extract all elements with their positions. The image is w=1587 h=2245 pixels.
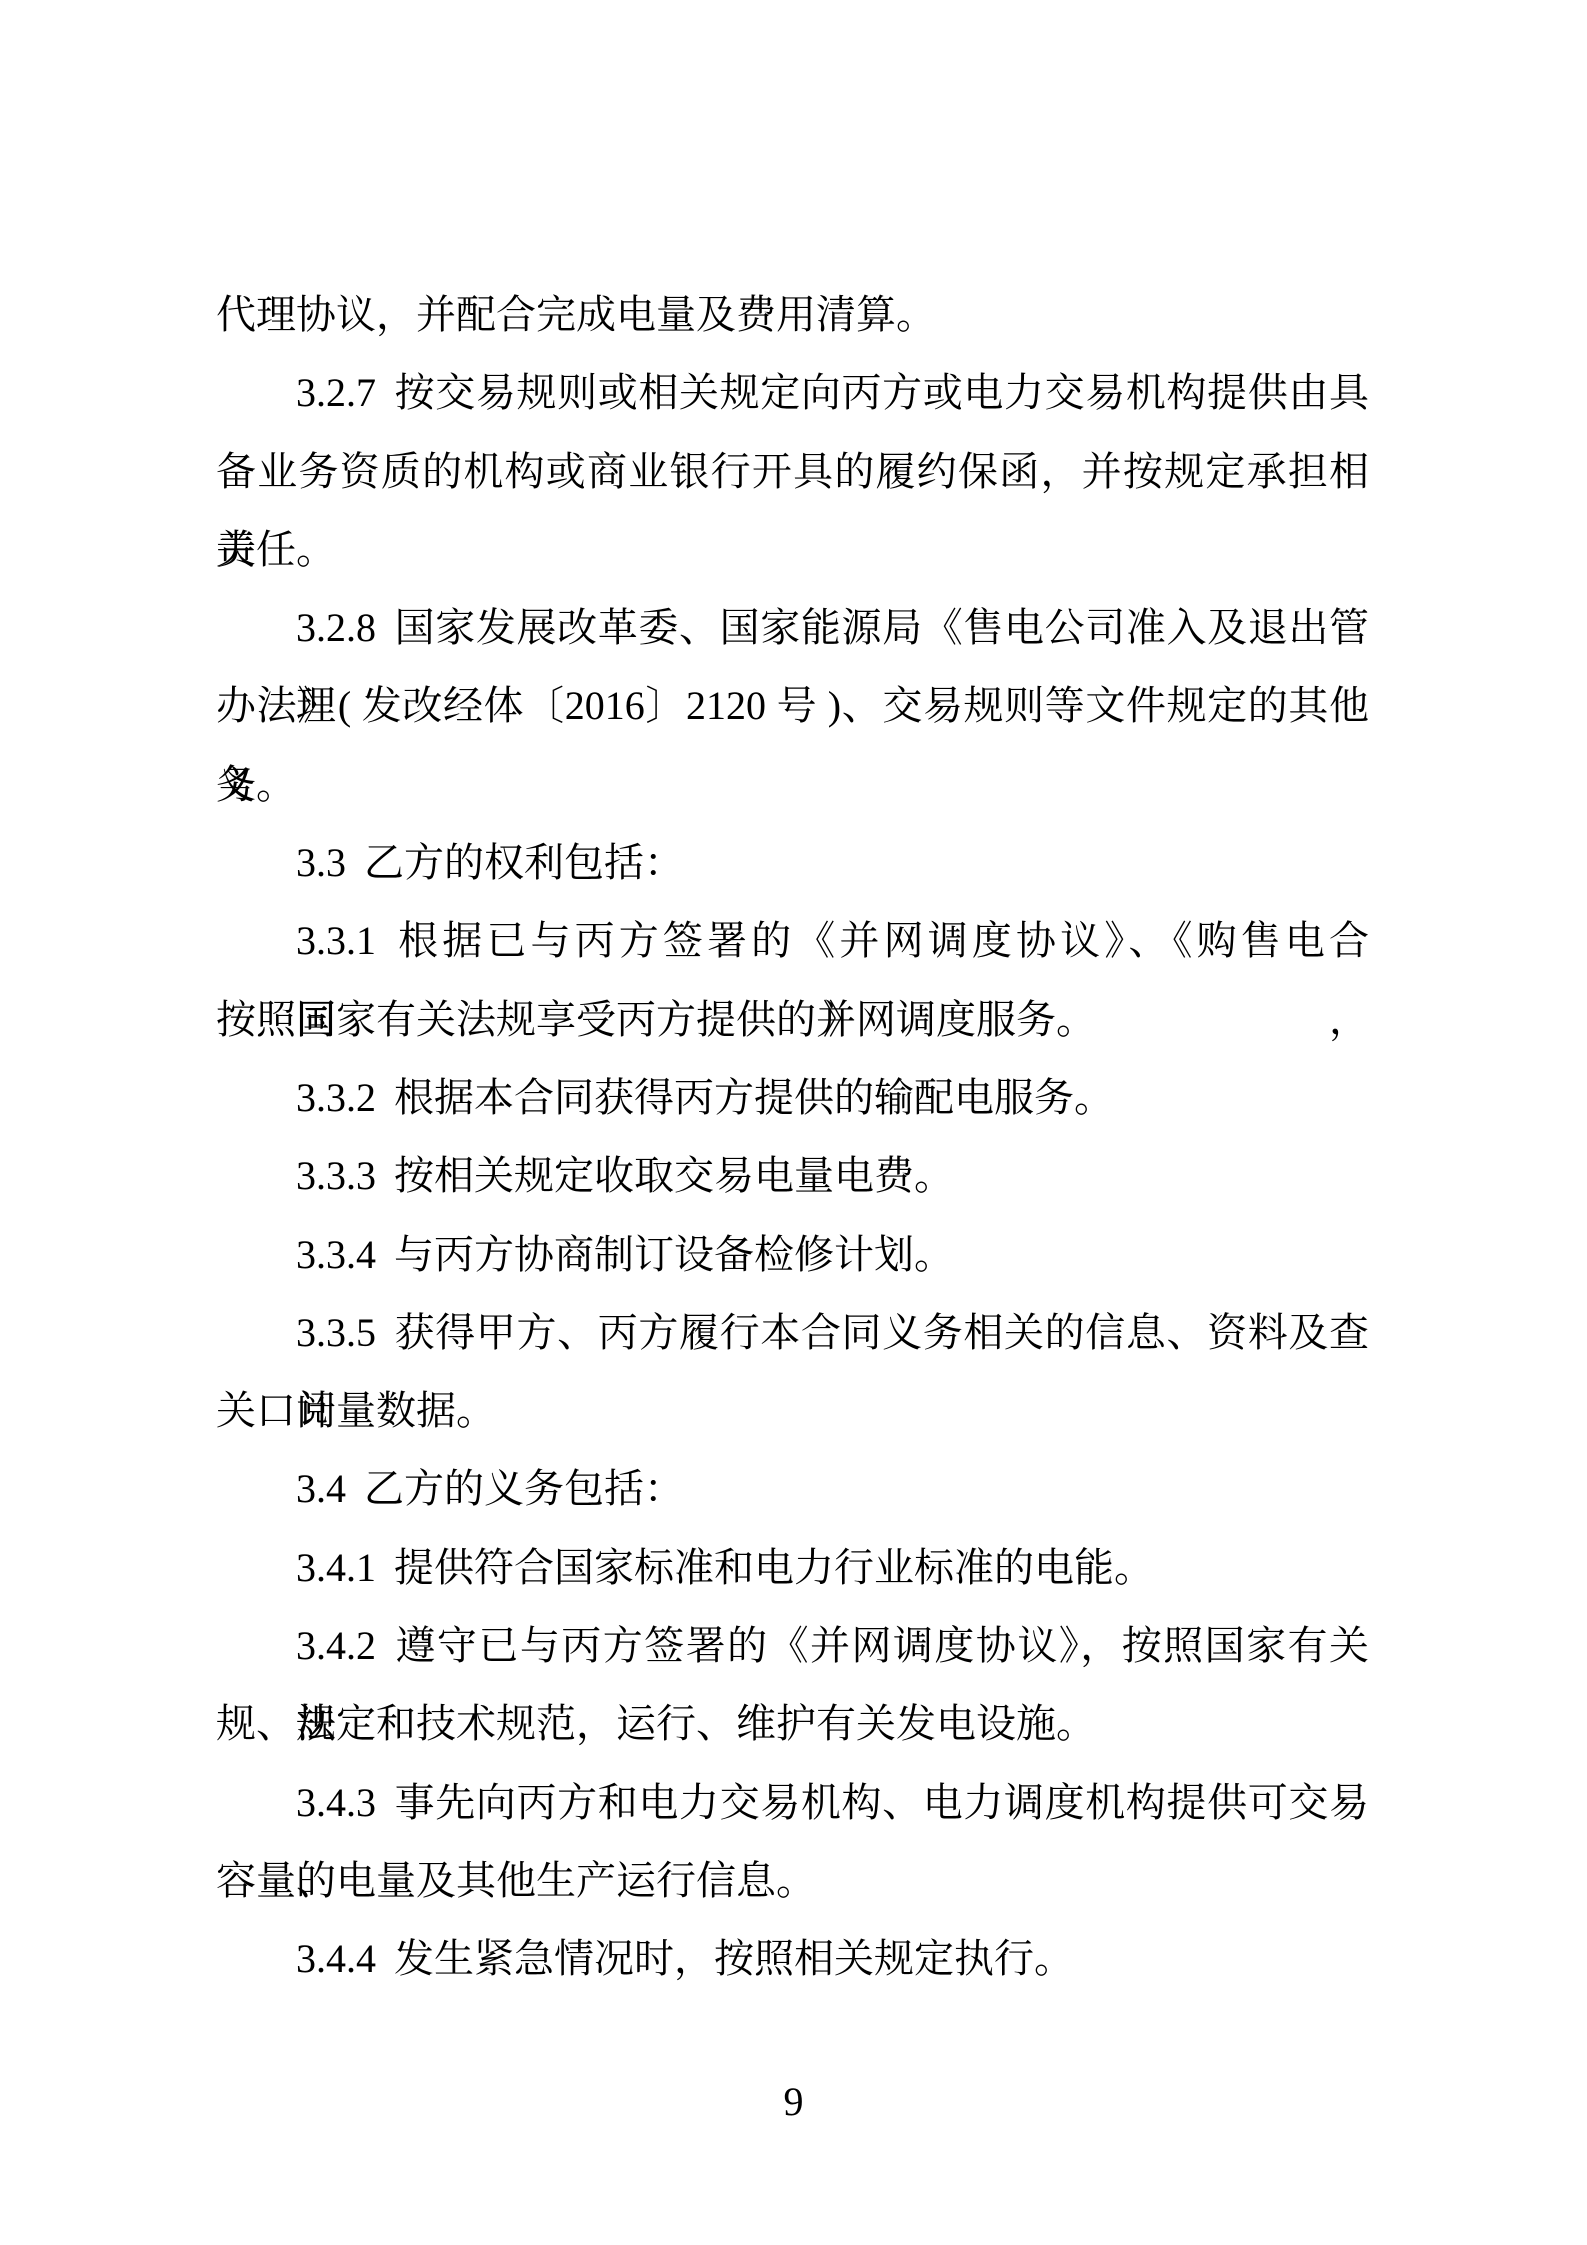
text-line: 3.3.4与丙方协商制订设备检修计划。 <box>216 1216 1369 1294</box>
text-line: 3.4.2遵守已与丙方签署的《并网调度协议》，按照国家有关法 <box>216 1607 1369 1685</box>
text-line: 责任。 <box>216 511 1369 589</box>
clause-text: 责任。 <box>216 527 336 572</box>
clause-number: 3.4.1 <box>296 1545 376 1590</box>
clause-text: 根据本合同获得丙方提供的输配电服务。 <box>394 1075 1114 1120</box>
clause-number: 3.4 <box>296 1466 346 1511</box>
clause-number: 3.3.2 <box>296 1075 376 1120</box>
text-line: 关口计量数据。 <box>216 1372 1369 1450</box>
document-page: 代理协议，并配合完成电量及费用清算。 3.2.7按交易规则或相关规定向丙方或电力… <box>0 0 1587 2245</box>
text-line: 办法》( 发改经体〔2016〕2120 号 )、交易规则等文件规定的其他义 <box>216 667 1369 745</box>
clause-number: 3.4.4 <box>296 1936 376 1981</box>
text-line: 务。 <box>216 746 1369 824</box>
text-line: 代理协议，并配合完成电量及费用清算。 <box>216 276 1369 354</box>
text-line: 容量、电量及其他生产运行信息。 <box>216 1842 1369 1920</box>
text-line: 3.3.1根据已与丙方签署的《并网调度协议》、《购售电合同》， <box>216 902 1369 980</box>
clause-text: 与丙方协商制订设备检修计划。 <box>394 1232 954 1277</box>
text-line: 备业务资质的机构或商业银行开具的履约保函，并按规定承担相关 <box>216 433 1369 511</box>
clause-number: 3.3.4 <box>296 1232 376 1277</box>
text-line: 3.3.3按相关规定收取交易电量电费。 <box>216 1137 1369 1215</box>
clause-text: 乙方的权利包括： <box>364 840 684 885</box>
text-line: 规、规定和技术规范，运行、维护有关发电设施。 <box>216 1685 1369 1763</box>
clause-text: 发生紧急情况时，按照相关规定执行。 <box>394 1936 1074 1981</box>
clause-text: 按照国家有关法规享受丙方提供的并网调度服务。 <box>216 997 1096 1042</box>
text-line: 3.4乙方的义务包括： <box>216 1450 1369 1528</box>
text-line: 3.2.8国家发展改革委、国家能源局《售电公司准入及退出管理 <box>216 589 1369 667</box>
page-number: 9 <box>0 2078 1587 2126</box>
text-line: 3.4.4发生紧急情况时，按照相关规定执行。 <box>216 1920 1369 1998</box>
clause-text: 提供符合国家标准和电力行业标准的电能。 <box>394 1545 1154 1590</box>
text-line: 3.3.5获得甲方、丙方履行本合同义务相关的信息、资料及查阅 <box>216 1294 1369 1372</box>
text-line: 3.4.3事先向丙方和电力交易机构、电力调度机构提供可交易的 <box>216 1764 1369 1842</box>
clause-text: 容量、电量及其他生产运行信息。 <box>216 1858 816 1903</box>
clause-number: 3.3.3 <box>296 1153 376 1198</box>
text-line: 3.2.7按交易规则或相关规定向丙方或电力交易机构提供由具 <box>216 354 1369 432</box>
page-text-content: 代理协议，并配合完成电量及费用清算。 3.2.7按交易规则或相关规定向丙方或电力… <box>216 276 1369 1999</box>
clause-number: 3.3 <box>296 840 346 885</box>
text-line: 3.4.1提供符合国家标准和电力行业标准的电能。 <box>216 1529 1369 1607</box>
text-line: 3.3乙方的权利包括： <box>216 824 1369 902</box>
clause-number: 3.2.7 <box>296 370 376 415</box>
clause-number: 3.4.3 <box>296 1780 376 1825</box>
clause-text: 按交易规则或相关规定向丙方或电力交易机构提供由具 <box>394 370 1369 415</box>
clause-number: 3.2.8 <box>296 605 376 650</box>
clause-number: 3.3.5 <box>296 1310 376 1355</box>
text-line: 3.3.2根据本合同获得丙方提供的输配电服务。 <box>216 1059 1369 1137</box>
clause-text: 代理协议，并配合完成电量及费用清算。 <box>216 292 936 337</box>
clause-number: 3.3.1 <box>296 918 376 963</box>
clause-text: 按相关规定收取交易电量电费。 <box>394 1153 954 1198</box>
clause-text: 务。 <box>216 762 296 807</box>
clause-text: 乙方的义务包括： <box>364 1466 684 1511</box>
clause-text: 规、规定和技术规范，运行、维护有关发电设施。 <box>216 1701 1096 1746</box>
clause-text: 关口计量数据。 <box>216 1388 496 1433</box>
clause-number: 3.4.2 <box>296 1623 376 1668</box>
